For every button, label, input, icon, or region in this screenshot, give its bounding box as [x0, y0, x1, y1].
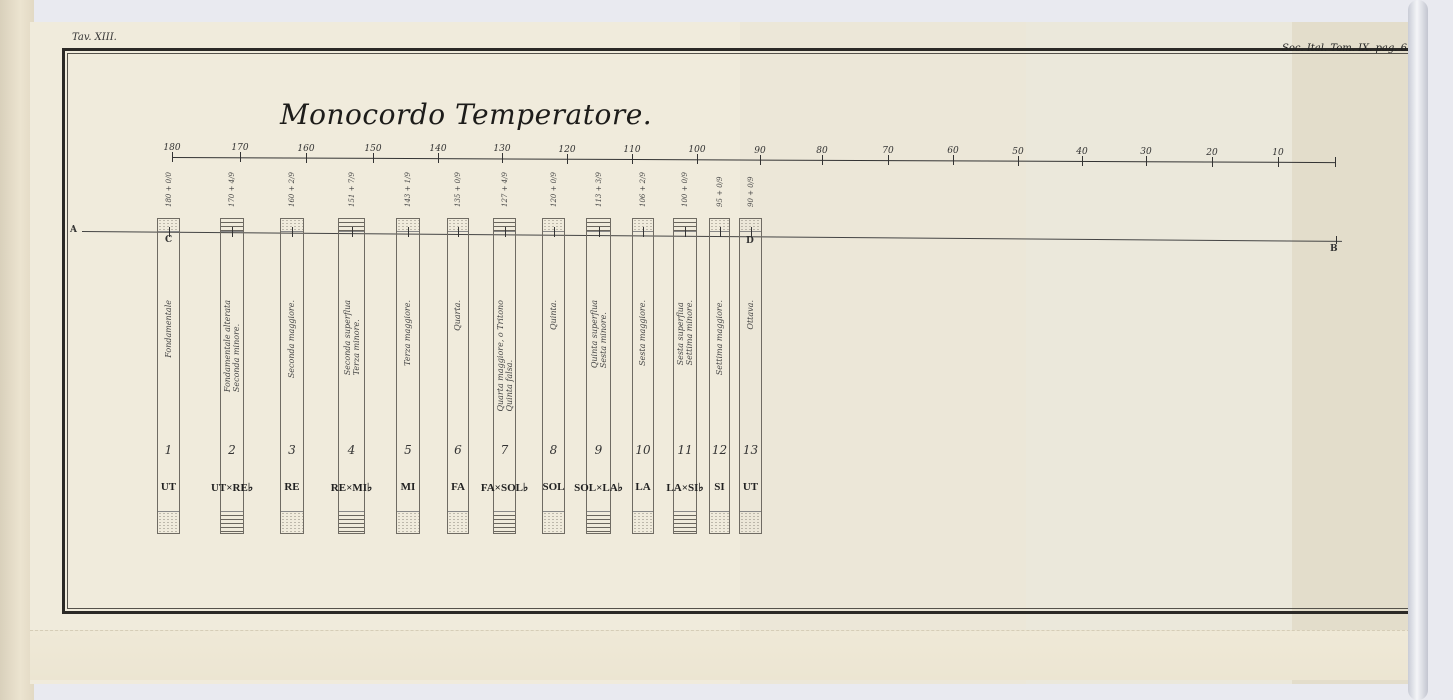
column-foot-lines — [674, 511, 696, 533]
column-fraction: 151 + 7/9 — [348, 177, 356, 207]
string-mark — [408, 227, 409, 237]
column-number: 2 — [228, 443, 236, 457]
string-mark — [751, 227, 752, 237]
column-interval-name: Quinta. — [549, 300, 558, 330]
scale-tick — [240, 152, 241, 162]
column-number: 4 — [348, 443, 356, 457]
column-number: 5 — [404, 443, 412, 457]
point-b-label: B — [1330, 244, 1338, 254]
column-note-name: UT — [161, 481, 176, 493]
column-note-name: LA×SI♭ — [666, 481, 703, 494]
column-fraction: 95 + 0/9 — [716, 177, 724, 207]
column-note-name: RE×MI♭ — [331, 481, 372, 494]
scale-tick-label: 70 — [882, 146, 893, 156]
column-number: 13 — [743, 443, 758, 457]
column-foot-dots — [281, 511, 303, 533]
column-fraction: 106 + 2/9 — [639, 177, 647, 207]
scale-tick — [373, 153, 374, 163]
plate-number: Tav. XIII. — [72, 32, 117, 43]
scale-tick — [438, 153, 439, 163]
column-interval-name: Fondamentale alterata Seconda minore. — [223, 300, 241, 392]
string-mark — [232, 227, 233, 237]
column-interval-name: Terza maggiore. — [403, 300, 412, 366]
column-foot-dots — [448, 511, 468, 533]
column-fraction: 100 + 0/9 — [681, 177, 689, 207]
scale-tick-label: 80 — [816, 146, 827, 156]
scale-tick-label: 170 — [231, 143, 248, 153]
scale-tick-label: 30 — [1140, 147, 1151, 157]
column-interval-name: Sesta maggiore. — [638, 300, 647, 366]
column-interval-name: Seconda maggiore. — [287, 300, 296, 378]
scale-tick-label: 40 — [1076, 147, 1087, 157]
scale-tick — [1146, 156, 1147, 166]
scale-tick — [1082, 156, 1083, 166]
string-mark — [554, 227, 555, 237]
column-interval-name: Quarta. — [453, 300, 462, 331]
column-note-name: MI — [401, 481, 416, 493]
string-mark — [599, 227, 600, 237]
plate-title: Monocordo Temperatore. — [280, 98, 652, 131]
scale-tick — [760, 155, 761, 165]
string-mark — [720, 227, 721, 237]
scale-tick — [502, 153, 503, 163]
column-number: 11 — [677, 443, 692, 457]
column-interval-name: Settima maggiore. — [715, 300, 724, 375]
left-page-edge — [0, 0, 34, 700]
scale-tick — [1278, 157, 1279, 167]
column-number: 1 — [165, 443, 173, 457]
scale-tick — [953, 155, 954, 165]
point-b-tick — [1336, 236, 1337, 244]
string-mark — [458, 227, 459, 237]
column-fraction: 127 + 4/9 — [501, 177, 509, 207]
column-interval-name: Fondamentale — [164, 300, 173, 358]
scale-tick-label: 10 — [1272, 148, 1283, 158]
scale-tick-label: 50 — [1012, 147, 1023, 157]
column-note-name: UT — [743, 481, 758, 493]
column-interval-name: Quarta maggiore, o Tritono Quinta falsa. — [496, 300, 514, 412]
column-note-name: SOL — [542, 481, 564, 493]
scale-tick-label: 150 — [364, 144, 381, 154]
scale-tick — [567, 154, 568, 164]
scale-tick-label: 160 — [297, 144, 314, 154]
scale-tick-label: 180 — [163, 143, 180, 153]
column-interval-name: Quinta superflua Sesta minore. — [590, 300, 608, 368]
column-fraction: 135 + 0/9 — [454, 177, 462, 207]
column-fraction: 90 + 0/9 — [747, 177, 755, 207]
column-fraction: 113 + 3/9 — [595, 177, 603, 207]
column-fraction: 180 + 0/0 — [165, 177, 173, 207]
column-foot-dots — [543, 511, 564, 533]
scale-tick-label: 90 — [754, 146, 765, 156]
scale-tick-label: 120 — [558, 145, 575, 155]
column-foot-dots — [633, 511, 653, 533]
column-number: 6 — [454, 443, 462, 457]
scale-tick — [1018, 156, 1019, 166]
string-mark — [169, 227, 170, 237]
column-foot-dots — [158, 511, 179, 533]
column-foot-lines — [339, 511, 364, 533]
string-mark — [352, 227, 353, 237]
column-foot-lines — [221, 511, 243, 533]
column-number: 8 — [550, 443, 558, 457]
scale-tick — [1335, 157, 1336, 167]
column-interval-name: Sesta superflua Settima minore. — [676, 300, 694, 365]
column-note-name: FA×SOL♭ — [481, 481, 528, 494]
scale-tick-label: 60 — [947, 146, 958, 156]
column-number: 12 — [712, 443, 727, 457]
column-foot-dots — [397, 511, 419, 533]
scale-tick-label: 20 — [1206, 148, 1217, 158]
scale-tick — [1212, 157, 1213, 167]
scale-tick-label: 140 — [429, 144, 446, 154]
column-foot-dots — [710, 511, 729, 533]
column-note-name: LA — [635, 481, 650, 493]
scale-tick — [632, 154, 633, 164]
binding-cord — [1408, 0, 1428, 700]
column-note-name: RE — [284, 481, 299, 493]
plate-border-inner — [67, 53, 1409, 609]
string-mark — [292, 227, 293, 237]
column-number: 10 — [635, 443, 650, 457]
column-fraction: 120 + 0/9 — [550, 177, 558, 207]
scale-tick-label: 130 — [493, 144, 510, 154]
column-number: 9 — [595, 443, 603, 457]
column-note-name: FA — [451, 481, 465, 493]
column-fraction: 160 + 2/9 — [288, 177, 296, 207]
column-interval-name: Seconda superflua Terza minore. — [343, 300, 361, 375]
column-fraction: 170 + 4/9 — [228, 177, 236, 207]
column-foot-dots — [740, 511, 761, 533]
column-interval-name: Ottava. — [746, 300, 755, 330]
plate-reference: Soc. Ital. Tom. IX. pag. 624. — [1282, 43, 1423, 54]
column-foot-lines — [494, 511, 515, 533]
string-mark — [685, 227, 686, 237]
bottom-flap — [30, 630, 1420, 680]
scale-tick-label: 110 — [623, 145, 640, 155]
column-note-name: SI — [714, 481, 724, 493]
scale-tick — [822, 155, 823, 165]
scale-tick — [697, 154, 698, 164]
scale-tick-label: 100 — [688, 145, 705, 155]
column-note-name: SOL×LA♭ — [574, 481, 623, 494]
string-mark — [505, 227, 506, 237]
column-number: 7 — [501, 443, 509, 457]
scale-tick — [172, 152, 173, 162]
scale-tick — [306, 153, 307, 163]
scale-tick — [888, 155, 889, 165]
point-a-label: A — [70, 225, 77, 235]
column-note-name: UT×RE♭ — [211, 481, 253, 494]
column-fraction: 143 + 1/9 — [404, 177, 412, 207]
column-foot-lines — [587, 511, 610, 533]
column-number: 3 — [288, 443, 296, 457]
string-mark — [643, 227, 644, 237]
